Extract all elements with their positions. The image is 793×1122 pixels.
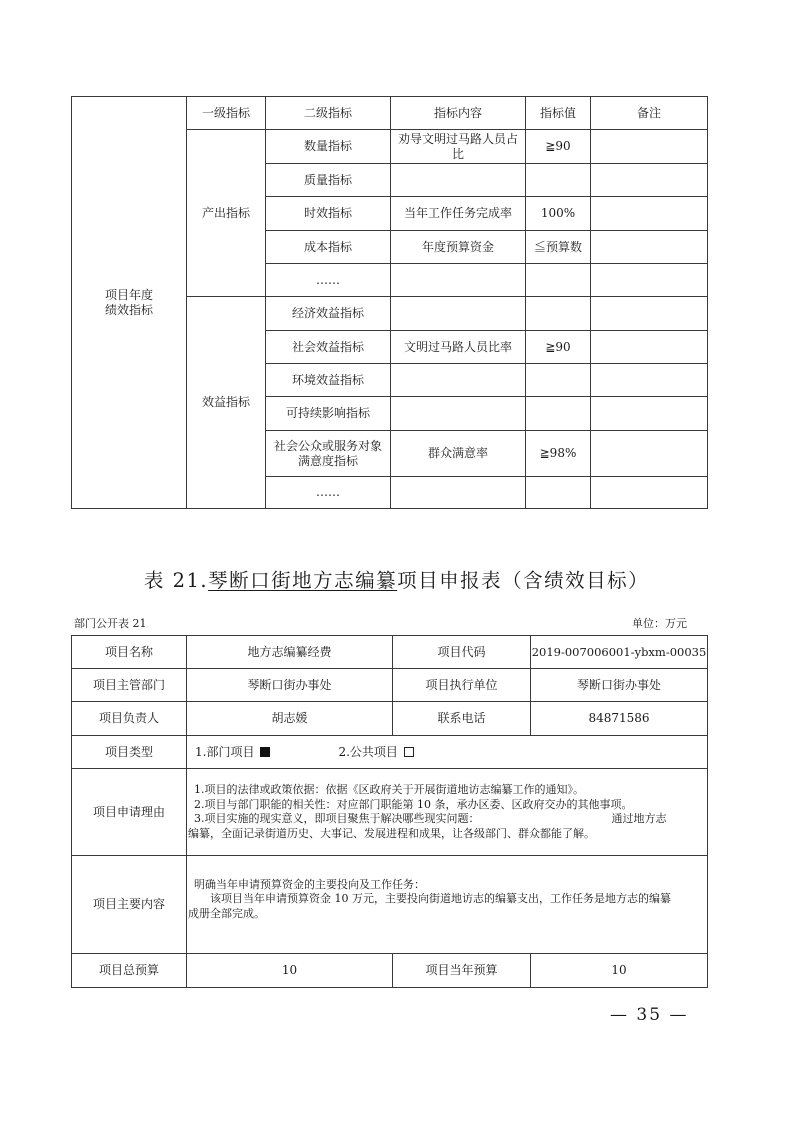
value-cell: 100% [526,197,591,231]
content-line-3: 成册全部完成。 [188,907,706,922]
value-cell [526,264,591,297]
level2-cell: 环境效益指标 [266,364,391,397]
table-row: 项目负责人 胡志媛 联系电话 84871586 [72,702,708,736]
project-type-label: 项目类型 [72,736,187,769]
exec-unit-label: 项目执行单位 [393,669,531,702]
level2-cell: 社会效益指标 [266,331,391,364]
value-cell: ≧90 [526,130,591,164]
note-cell [591,364,708,397]
table-code-label: 部门公开表 21 [74,615,147,631]
note-cell [591,331,708,364]
title-suffix: 项目申报表（含绩效目标） [397,569,649,592]
project-name-value: 地方志编纂经费 [187,636,393,669]
value-cell: ≧98% [526,431,591,477]
content-cell: 年度预算资金 [391,231,526,264]
reason-line-3: 3.项目实施的现实意义，即项目聚焦于解决哪些现实问题：通过地方志 [188,812,706,827]
reason-line-2: 2.项目与部门职能的相关性：对应部门职能第 10 条，承办区委、区政府交办的其他… [188,798,706,813]
table-row: 项目名称 地方志编纂经费 项目代码 2019-007006001-ybxm-00… [72,636,708,669]
note-cell [591,431,708,477]
note-cell [591,164,708,197]
project-type-options: 1.部门项目2.公共项目 [187,736,708,769]
value-cell: ≦预算数 [526,231,591,264]
header-level2: 二级指标 [266,97,391,130]
content-cell [391,297,526,331]
level1-benefit: 效益指标 [187,297,266,509]
table-header-row: 项目年度 绩效指标 一级指标 二级指标 指标内容 指标值 备注 [72,97,708,130]
title-underlined: 琴断口街地方志编纂 [208,569,397,592]
content-cell: 当年工作任务完成率 [391,197,526,231]
value-cell [526,397,591,431]
header-value: 指标值 [526,97,591,130]
content-cell: 劝导文明过马路人员占比 [391,130,526,164]
note-cell [591,397,708,431]
header-content: 指标内容 [391,97,526,130]
title-prefix: 表 21. [144,569,208,592]
table-row: 项目申请理由 1.项目的法律或政策依据：依据《区政府关于开展街道地访志编纂工作的… [72,769,708,856]
note-cell [591,477,708,509]
level2-cell: …… [266,477,391,509]
project-name-label: 项目名称 [72,636,187,669]
reason-line-1: 1.项目的法律或政策依据：依据《区政府关于开展街道地访志编纂工作的通知》。 [188,783,706,798]
value-cell [526,364,591,397]
header-level1: 一级指标 [187,97,266,130]
year-budget-value: 10 [531,954,708,988]
project-code-label: 项目代码 [393,636,531,669]
row-label-line2: 绩效指标 [105,303,153,317]
phone-label: 联系电话 [393,702,531,736]
content-cell [391,164,526,197]
value-cell [526,297,591,331]
level2-cell: …… [266,264,391,297]
level2-cell: 社会公众或服务对象满意度指标 [266,431,391,477]
note-cell [591,231,708,264]
note-cell [591,130,708,164]
total-budget-label: 项目总预算 [72,954,187,988]
content-cell [391,264,526,297]
value-cell [526,164,591,197]
content-line-2: 该项目当年申请预算资金 10 万元，主要投向街道地访志的编纂支出，工作任务是地方… [188,892,706,907]
unit-label: 单位：万元 [632,615,687,631]
note-cell [591,297,708,331]
level1-output: 产出指标 [187,130,266,297]
table-row: 项目主要内容 明确当年申请预算资金的主要投向及工作任务： 该项目当年申请预算资金… [72,856,708,954]
project-code-value: 2019-007006001-ybxm-00035 [531,636,708,669]
exec-unit-value: 琴断口街办事处 [531,669,708,702]
note-cell [591,264,708,297]
level2-cell: 成本指标 [266,231,391,264]
reason-text: 1.项目的法律或政策依据：依据《区政府关于开展街道地访志编纂工作的通知》。 2.… [187,769,708,856]
reason-label: 项目申请理由 [72,769,187,856]
project-application-table: 项目名称 地方志编纂经费 项目代码 2019-007006001-ybxm-00… [71,635,708,988]
level2-cell: 数量指标 [266,130,391,164]
owner-label: 项目负责人 [72,702,187,736]
table-row: 项目总预算 10 项目当年预算 10 [72,954,708,988]
table-row: 项目主管部门 琴断口街办事处 项目执行单位 琴断口街办事处 [72,669,708,702]
row-label-line1: 项目年度 [105,288,153,302]
dept-label: 项目主管部门 [72,669,187,702]
level2-cell: 可持续影响指标 [266,397,391,431]
content-label: 项目主要内容 [72,856,187,954]
level2-cell: 经济效益指标 [266,297,391,331]
content-cell [391,397,526,431]
dept-value: 琴断口街办事处 [187,669,393,702]
content-cell: 文明过马路人员比率 [391,331,526,364]
phone-value: 84871586 [531,702,708,736]
reason-line-4: 编纂，全面记录街道历史、大事记、发展进程和成果，让各级部门、群众都能了解。 [188,827,706,842]
year-budget-label: 项目当年预算 [393,954,531,988]
note-cell [591,197,708,231]
value-cell: ≧90 [526,331,591,364]
header-note: 备注 [591,97,708,130]
performance-indicators-table: 项目年度 绩效指标 一级指标 二级指标 指标内容 指标值 备注 产出指标 数量指… [71,96,708,509]
checkbox-checked-icon[interactable] [260,747,270,757]
type-option-dept: 1.部门项目 [195,745,254,759]
content-cell [391,364,526,397]
content-text: 明确当年申请预算资金的主要投向及工作任务： 该项目当年申请预算资金 10 万元，… [187,856,708,954]
owner-value: 胡志媛 [187,702,393,736]
type-option-public: 2.公共项目 [338,745,397,759]
row-label-annual-performance: 项目年度 绩效指标 [72,97,187,509]
table-row: 项目类型 1.部门项目2.公共项目 [72,736,708,769]
content-line-1: 明确当年申请预算资金的主要投向及工作任务： [188,878,706,893]
level2-cell: 时效指标 [266,197,391,231]
total-budget-value: 10 [187,954,393,988]
section-title: 表 21.琴断口街地方志编纂项目申报表（含绩效目标） [0,565,793,593]
checkbox-empty-icon[interactable] [404,747,414,757]
content-cell: 群众满意率 [391,431,526,477]
value-cell [526,477,591,509]
content-cell [391,477,526,509]
level2-cell: 质量指标 [266,164,391,197]
page-number: — 35 — [610,1005,688,1025]
